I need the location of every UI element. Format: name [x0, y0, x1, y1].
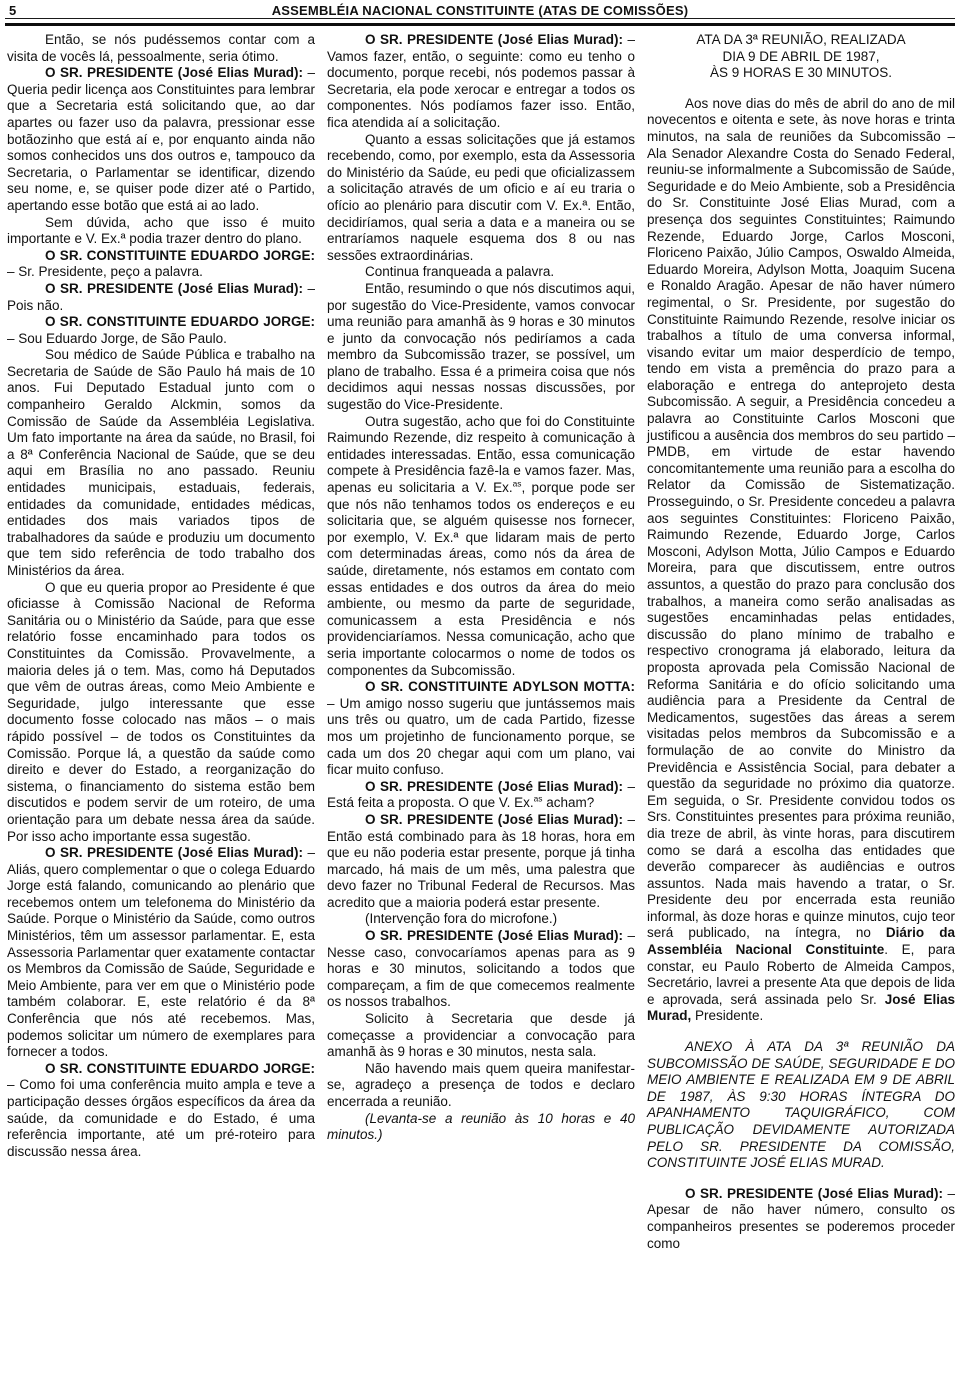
text-segment: O que eu queria propor ao Presidente é q…: [7, 580, 315, 844]
body-paragraph: Outra sugestão, acho que foi do Constitu…: [327, 414, 635, 680]
text-segment: – Aliás, quero complementar o que o cole…: [7, 845, 315, 1059]
text-segment: O SR. PRESIDENTE (José Elias Murad):: [45, 65, 303, 80]
body-paragraph: O que eu queria propor ao Presidente é q…: [7, 580, 315, 846]
body-paragraph: Não havendo mais quem queira manifestar-…: [327, 1061, 635, 1111]
body-paragraph: Aos nove dias do mês de abril do ano de …: [647, 96, 955, 1025]
ata-heading: ATA DA 3ª REUNIÃO, REALIZADA DIA 9 DE AB…: [647, 32, 955, 82]
text-segment: – Como foi uma conferência muito ampla e…: [7, 1077, 315, 1158]
text-segment: – Sr. Presidente, peço a palavra.: [7, 264, 203, 279]
text-segment: O SR. CONSTITUINTE EDUARDO JORGE:: [45, 1061, 315, 1076]
speech-paragraph: O SR. CONSTITUINTE ADYLSON MOTTA: – Um a…: [327, 679, 635, 779]
speech-paragraph: O SR. PRESIDENTE (José Elias Murad): – E…: [327, 779, 635, 812]
text-segment: Sem dúvida, acho que isso é muito import…: [7, 215, 315, 247]
column-2: O SR. PRESIDENTE (José Elias Murad): – V…: [327, 32, 635, 1252]
text-segment: Então, se nós pudéssemos contar com a vi…: [7, 32, 315, 64]
text-segment: O SR. PRESIDENTE (José Elias Murad):: [365, 928, 623, 943]
text-segment: Presidente.: [691, 1008, 763, 1023]
body-paragraph: Sou médico de Saúde Pública e trabalho n…: [7, 347, 315, 579]
text-segment: O SR. PRESIDENTE (José Elias Murad):: [685, 1186, 943, 1201]
page-number: 5: [9, 3, 16, 18]
header-rule-thick: [5, 23, 955, 26]
text-segment: , porque pode ser que nós não tenhamos t…: [327, 480, 635, 678]
body-paragraph: Sem dúvida, acho que isso é muito import…: [7, 215, 315, 248]
document-page: 5 ASSEMBLÉIA NACIONAL CONSTITUINTE (ATAS…: [0, 0, 960, 1378]
text-segment: (Intervenção fora do microfone.): [365, 911, 557, 926]
text-segment: as: [513, 479, 522, 489]
speech-paragraph: O SR. CONSTITUINTE EDUARDO JORGE: – Como…: [7, 1061, 315, 1161]
body-paragraph: Então, se nós pudéssemos contar com a vi…: [7, 32, 315, 65]
text-segment: Então, resumindo o que nós discutimos aq…: [327, 281, 635, 412]
body-paragraph: Quanto a essas solicitações que já estam…: [327, 132, 635, 265]
stage-direction: (Levanta-se a reunião às 10 horas e 40 m…: [327, 1111, 635, 1144]
text-segment: Continua franqueada a palavra.: [365, 264, 554, 279]
text-segment: O SR. CONSTITUINTE EDUARDO JORGE:: [45, 314, 315, 329]
annex-heading: ANEXO À ATA DA 3ª REUNIÃO DA SUBCOMISSÃO…: [647, 1039, 955, 1172]
text-segment: – Um amigo nosso sugeriu que juntássemos…: [327, 696, 635, 777]
speech-paragraph: O SR. PRESIDENTE (José Elias Murad): – A…: [7, 845, 315, 1061]
speech-paragraph: O SR. PRESIDENTE (José Elias Murad): – N…: [327, 928, 635, 1011]
text-segment: O SR. PRESIDENTE (José Elias Murad):: [365, 812, 623, 827]
text-segment: Sou médico de Saúde Pública e trabalho n…: [7, 347, 315, 578]
text-segment: O SR. PRESIDENTE (José Elias Murad):: [365, 32, 623, 47]
speech-paragraph: O SR. PRESIDENTE (José Elias Murad): – A…: [647, 1186, 955, 1252]
text-segment: Aos nove dias do mês de abril do ano de …: [647, 96, 955, 941]
text-segment: acham?: [542, 795, 594, 810]
text-segment: ATA DA 3ª REUNIÃO, REALIZADA DIA 9 DE AB…: [696, 32, 905, 80]
stage-direction: (Intervenção fora do microfone.): [327, 911, 635, 928]
text-segment: Não havendo mais quem queira manifestar-…: [327, 1061, 635, 1109]
text-segment: (Levanta-se a reunião às 10 horas e 40 m…: [327, 1111, 635, 1143]
text-segment: O SR. CONSTITUINTE EDUARDO JORGE:: [45, 248, 315, 263]
speech-paragraph: O SR. PRESIDENTE (José Elias Murad): – Q…: [7, 65, 315, 214]
text-segment: – Sou Eduardo Jorge, de São Paulo.: [7, 331, 227, 346]
speech-paragraph: O SR. PRESIDENTE (José Elias Murad): – P…: [7, 281, 315, 314]
text-columns: Então, se nós pudéssemos contar com a vi…: [5, 32, 955, 1252]
text-segment: O SR. PRESIDENTE (José Elias Murad):: [365, 779, 623, 794]
text-segment: ANEXO À ATA DA 3ª REUNIÃO DA SUBCOMISSÃO…: [647, 1039, 955, 1170]
page-title: ASSEMBLÉIA NACIONAL CONSTITUINTE (ATAS D…: [5, 3, 955, 18]
body-paragraph: Continua franqueada a palavra.: [327, 264, 635, 281]
body-paragraph: Então, resumindo o que nós discutimos aq…: [327, 281, 635, 414]
text-segment: Solicito à Secretaria que desde já começ…: [327, 1011, 635, 1059]
text-segment: O SR. CONSTITUINTE ADYLSON MOTTA:: [365, 679, 635, 694]
text-segment: O SR. PRESIDENTE (José Elias Murad):: [45, 845, 303, 860]
page-header: 5 ASSEMBLÉIA NACIONAL CONSTITUINTE (ATAS…: [5, 3, 955, 16]
text-segment: Quanto a essas solicitações que já estam…: [327, 132, 635, 263]
speech-paragraph: O SR. CONSTITUINTE EDUARDO JORGE: – Sou …: [7, 314, 315, 347]
text-segment: O SR. PRESIDENTE (José Elias Murad):: [45, 281, 303, 296]
speech-paragraph: O SR. CONSTITUINTE EDUARDO JORGE: – Sr. …: [7, 248, 315, 281]
header-rule-thin: [5, 18, 955, 19]
speech-paragraph: O SR. PRESIDENTE (José Elias Murad): – V…: [327, 32, 635, 132]
column-1: Então, se nós pudéssemos contar com a vi…: [7, 32, 315, 1252]
text-segment: – Queria pedir licença aos Constituintes…: [7, 65, 315, 213]
speech-paragraph: O SR. PRESIDENTE (José Elias Murad): – E…: [327, 812, 635, 912]
column-3: ATA DA 3ª REUNIÃO, REALIZADA DIA 9 DE AB…: [647, 32, 955, 1252]
body-paragraph: Solicito à Secretaria que desde já começ…: [327, 1011, 635, 1061]
